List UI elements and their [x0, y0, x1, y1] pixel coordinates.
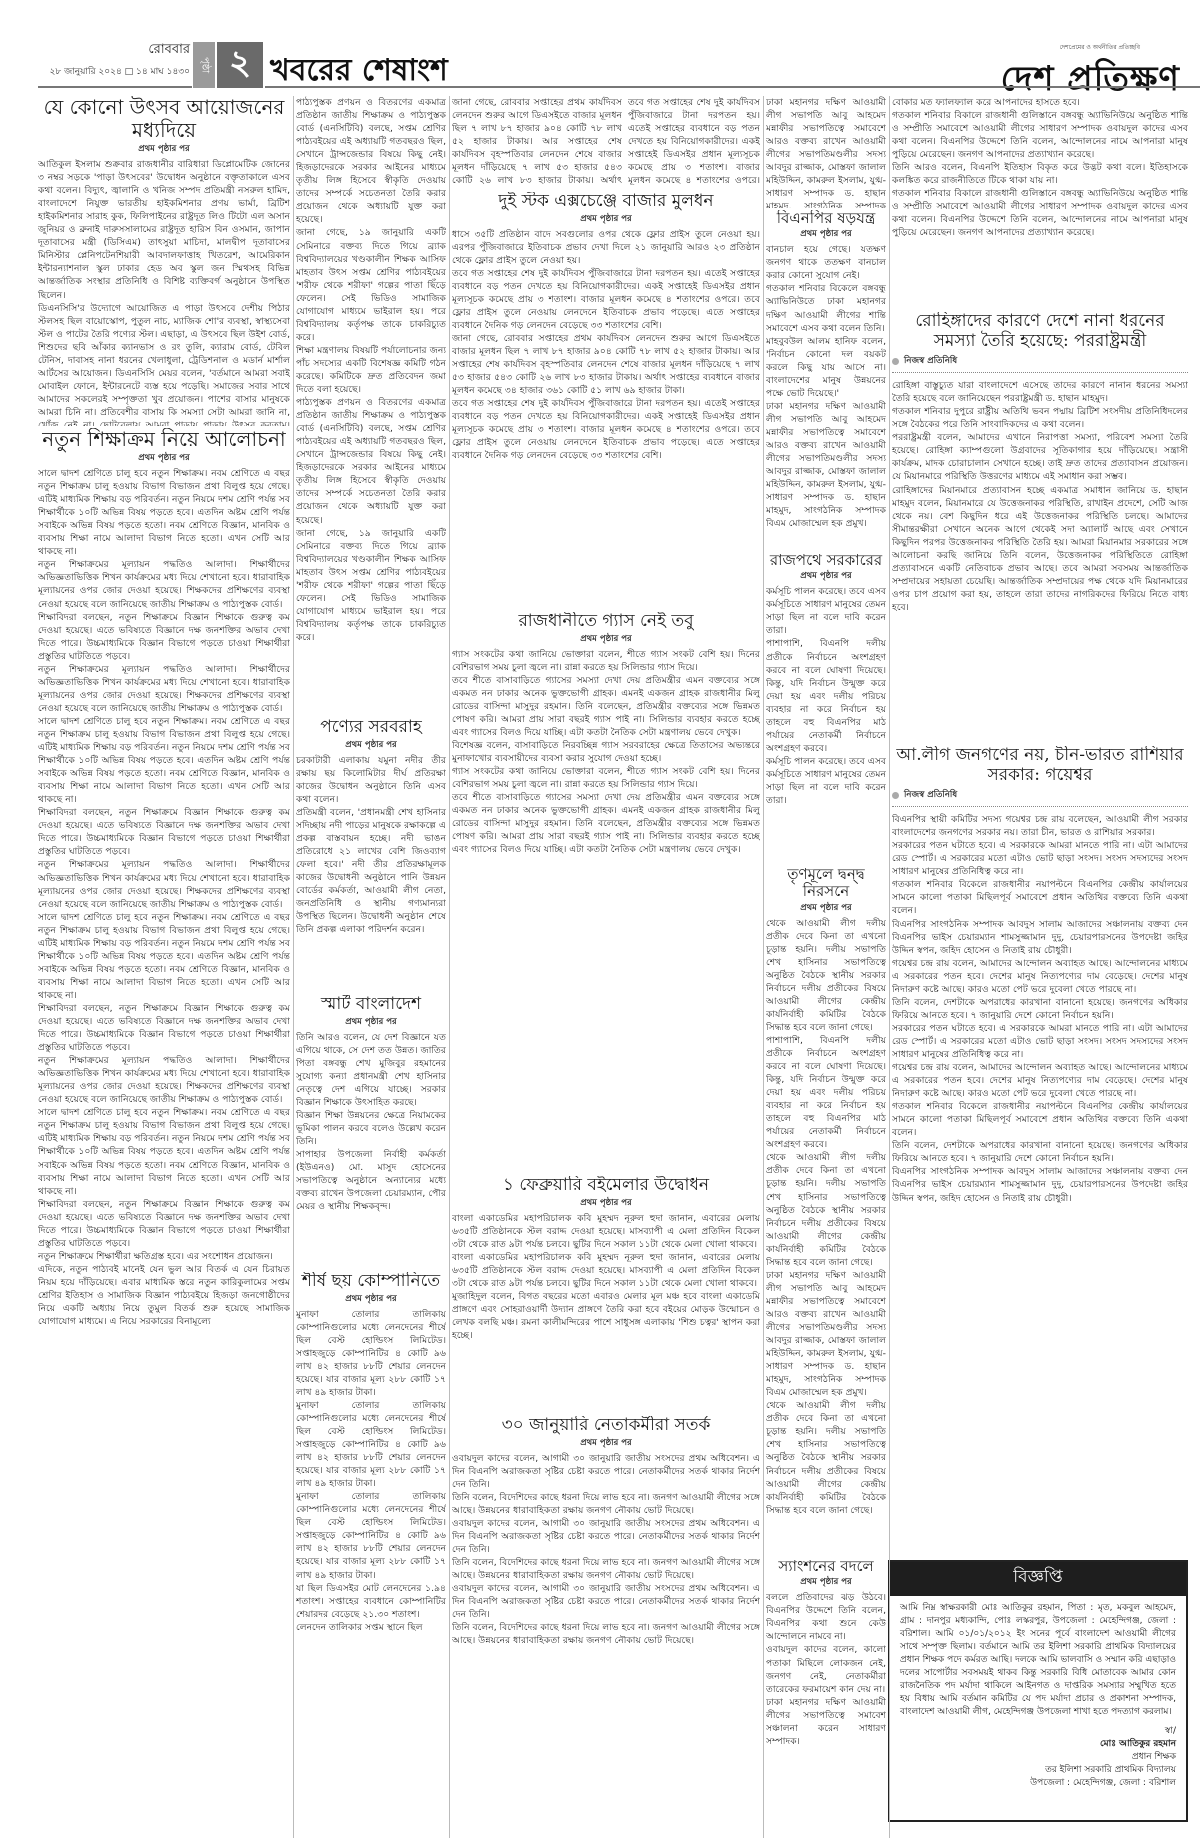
- article-paragraph: নতুন শিক্ষাক্রমের মূল্যায়ন পদ্ধতিও আলাদ…: [38, 1054, 290, 1106]
- article-paragraph: পাঠ্যপুস্তক প্রণয়ন ও বিতরণের একমাত্র প্…: [296, 96, 446, 226]
- continued-from-label: প্রথম পৃষ্ঠার পর: [766, 902, 886, 915]
- section-title: খবরের শেষাংশ: [270, 46, 448, 97]
- signatory-title: প্রধান শিক্ষক: [900, 1751, 1176, 1764]
- article-paragraph: বানচাল হয়ে গেছে। যতক্ষণ জনগণ থাকে ততক্ষ…: [766, 243, 886, 282]
- article-paragraph: গতকাল শনিবার বিকেলে রাজধানীর নয়াপল্টনে …: [892, 878, 1188, 917]
- article-stock-top-left: জানা গেছে, রোববার সপ্তাহের প্রথম কার্যদি…: [452, 96, 622, 188]
- article-paragraph: গতকাল শনিবার বিকেলে বঙ্গবন্ধু অ্যাভিনিউত…: [766, 282, 886, 334]
- article-gayeshwar: আ.লীগ জনগণের নয়, চীন-ভারত রাশিয়ার সরকা…: [892, 746, 1188, 1554]
- article-sanctions: স্যাংশনের বদলে প্রথম পৃষ্ঠার পর বললে প্র…: [766, 1558, 886, 1838]
- article-paragraph: শিক্ষা মন্ত্রণালয় বিষয়টি পর্যালোচনার জ…: [296, 344, 446, 396]
- article-headline: তৃণমূলে দ্বন্দ্ব নিরসনে: [766, 866, 886, 901]
- article-paragraph: তবে গত সপ্তাহের শেষ দুই কার্যদিবস পুঁজিব…: [452, 397, 760, 462]
- article-paragraph: ডিএনসিসি'র উদ্যোগে আয়োজিত এ পাড়া উৎসবে…: [38, 302, 290, 426]
- article-paragraph: নতুন শিক্ষাক্রমের মূল্যায়ন পদ্ধতিও আলাদ…: [38, 558, 290, 610]
- article-paragraph: সাপাহার উপজেলা নির্বাহী কর্মকর্তা (ইউএনও…: [296, 1148, 446, 1213]
- article-paragraph: সালে দ্বাদশ শ্রেণিতে চালু হবে নতুন শিক্ষ…: [38, 715, 290, 806]
- article-paragraph: তিনি আরও বলেন, বিএনপি ইতিহাস বিকৃত করে উ…: [892, 161, 1188, 187]
- article-headline: রাজপথে সরকারের: [766, 552, 886, 569]
- page-number: ২: [217, 42, 263, 88]
- continued-from-label: প্রথম পৃষ্ঠার পর: [38, 452, 290, 465]
- article-paragraph: যা ছিল ডিএসইর মোট লেনদেনের ১.৯৪ শতাংশ। স…: [296, 1582, 446, 1621]
- article-paragraph: তিনি বলেন, দেশটাকে অপরাধের কারখানা বানান…: [892, 996, 1188, 1022]
- article-paragraph: ঢাকা মহানগর দক্ষিণ আওয়ামী লীগ সভাপতি আব…: [766, 1269, 886, 1399]
- article-paragraph: তবে গত সপ্তাহের শেষ দুই কার্যদিবস পুঁজিব…: [628, 96, 760, 188]
- continued-from-label: প্রথম পৃষ্ঠার পর: [452, 213, 760, 226]
- notice-title: বিজ্ঞপ্তি: [890, 1562, 1186, 1596]
- article-headline: স্যাংশনের বদলে: [766, 1558, 886, 1575]
- masthead: রোববার ২৮ জানুয়ারি ২০২৪ □ ১৪ মাঘ ১৪৩০ প…: [0, 0, 1200, 92]
- article-paragraph: শিক্ষাবিদরা বলছেন, নতুন শিক্ষাক্রমে বিজ্…: [38, 1198, 290, 1250]
- article-paragraph: তবে শীতে বাসাবাড়িতে গ্যাসের সমস্যা দেখা…: [452, 791, 760, 856]
- article-paragraph: গতকাল শনিবার বিকালে রাজধানী গুলিস্তানে ব…: [892, 187, 1188, 239]
- article-headline: রোহিঙ্গাদের কারণে দেশে নানা ধরনের সমস্যা…: [892, 312, 1188, 351]
- article-paragraph: বিজ্ঞান শিক্ষা উন্নয়নের ক্ষেত্রে নিয়াম…: [296, 1109, 446, 1148]
- bullet-icon: [892, 792, 899, 799]
- continued-from-label: প্রথম পৃষ্ঠার পর: [296, 1016, 446, 1029]
- article-paragraph: ঢাকা মহানগর দক্ষিণ আওয়ামী লীগের সভাপতিত…: [766, 1696, 886, 1748]
- article-paragraph: রোহিঙ্গাদের মিয়ানমারে প্রত্যাবাসন হচ্ছে…: [892, 484, 1188, 614]
- article-headline: আ.লীগ জনগণের নয়, চীন-ভারত রাশিয়ার সরকা…: [892, 746, 1188, 785]
- issue-date: ২৮ জানুয়ারি ২০২৪ □ ১৪ মাঘ ১৪৩০: [40, 64, 190, 79]
- article-paragraph: গ্যাস সংকটের কথা জানিয়ে ভোক্তারা বলেন, …: [452, 765, 760, 791]
- article-paragraph: সালে দ্বাদশ শ্রেণিতে চালু হবে নতুন শিক্ষ…: [38, 467, 290, 558]
- column-divider: [889, 96, 890, 1838]
- article-paragraph: সালে দ্বাদশ শ্রেণিতে চালু হবে নতুন শিক্ষ…: [38, 1106, 290, 1197]
- column-divider: [293, 96, 294, 1838]
- article-paragraph: কর্মসূচি পালন করেছে। তবে এসব কর্মসূচিতে …: [766, 585, 886, 637]
- article-padma-supply: পণ্যের সরবরাহ প্রথম পৃষ্ঠার পর চরকাটারী …: [296, 718, 446, 993]
- divider: [265, 86, 1200, 88]
- article-paragraph: মুনাফা তোলার তালিকায় কোম্পানিগুলোর মধ্য…: [296, 1308, 446, 1399]
- article-paragraph: তিনি বলেন, বিদেশিদের কাছে ধরনা দিয়ে লাভ…: [452, 1621, 760, 1647]
- article-paragraph: বাংলা একাডেমির মহাপরিচালক কবি মুহম্মদ নূ…: [452, 1212, 760, 1251]
- column-divider: [449, 96, 450, 1838]
- article-book-fair: ১ ফেব্রুয়ারি বইমেলার উদ্বোধন প্রথম পৃষ্…: [452, 1176, 760, 1411]
- article-headline: রাজধানীতে গ্যাস নেই তবু: [452, 612, 760, 632]
- continued-from-label: প্রথম পৃষ্ঠার পর: [766, 570, 886, 583]
- article-stock-top-right: তবে গত সপ্তাহের শেষ দুই কার্যদিবস পুঁজিব…: [628, 96, 760, 188]
- article-paragraph: প্রতিমন্ত্রী বলেন, 'প্রধানমন্ত্রী শেখ হা…: [296, 806, 446, 936]
- continued-from-label: প্রথম পৃষ্ঠার পর: [38, 143, 290, 156]
- bullet-icon: [892, 358, 899, 365]
- article-headline: নতুন শিক্ষাক্রম নিয়ে আলোচনা: [38, 428, 290, 451]
- issue-date-block: রোববার ২৮ জানুয়ারি ২০২৪ □ ১৪ মাঘ ১৪৩০: [40, 40, 190, 79]
- article-paragraph: মুনাফা তোলার তালিকায় কোম্পানিগুলোর মধ্য…: [296, 1490, 446, 1581]
- article-paragraph: জানা গেছে, রোববার সপ্তাহের প্রথম কার্যদি…: [452, 96, 622, 188]
- article-leaders-alert: ৩০ জানুয়ারি নেতাকর্মীরা সতর্ক প্রথম পৃষ…: [452, 1416, 760, 1838]
- article-paragraph: গতকাল শনিবার বিকেলে রাজধানীর নয়াপল্টনে …: [892, 1100, 1188, 1139]
- article-paragraph: বিশেষজ্ঞ বলেন, বাসাবাড়িতে নিরবচ্ছিন্ন গ…: [452, 739, 760, 765]
- notice-body: আমি নিম্ন স্বাক্ষরকারী মোঃ আতিকুর রহমান,…: [890, 1596, 1186, 1725]
- divider: [38, 86, 192, 88]
- byline-text: নিজস্ব প্রতিনিধি: [904, 355, 957, 368]
- article-paragraph: তিনি আরও বলেন, যে দেশ বিজ্ঞানে যত এগিয়ে…: [296, 1031, 446, 1109]
- article-paragraph: পাশাপাশি, বিএনপি দলীয় প্রতীকে নির্বাচনে…: [766, 1034, 886, 1151]
- article-paragraph: শিক্ষাবিদরা বলছেন, নতুন শিক্ষাক্রমে বিজ্…: [38, 806, 290, 858]
- article-paragraph: তবে শীতে বাসাবাড়িতে গ্যাসের সমস্যা দেখা…: [452, 674, 760, 739]
- article-paragraph: রোহিঙ্গা বাস্তুচ্যুত যারা বাংলাদেশে এসেছ…: [892, 379, 1188, 405]
- continued-from-label: প্রথম পৃষ্ঠার পর: [452, 1437, 760, 1450]
- article-paragraph: পাঠ্যপুস্তক প্রণয়ন ও বিতরণের একমাত্র প্…: [296, 396, 446, 526]
- article-paragraph: নতুন শিক্ষাক্রমে শিক্ষার্থীরা ক্ষতিগ্রস্…: [38, 1250, 290, 1263]
- article-paragraph: থেকে আওয়ামী লীগ দলীয় প্রতীক দেবে কিনা …: [766, 1399, 886, 1516]
- article-paragraph: তিনি বলেন, বিদেশিদের কাছে ধরনা দিয়ে লাভ…: [452, 1556, 760, 1582]
- article-paragraph: ঢাকা মহানগর দক্ষিণ আওয়ামী লীগ সভাপতি আব…: [766, 400, 886, 530]
- article-para-utsab: যে কোনো উৎসব আয়োজনের মধ্যদিয়ে প্রথম পৃ…: [38, 96, 290, 426]
- signatory-school: তর ইলিশা সরকারি প্রাথমিক বিদ্যালয়: [900, 1764, 1176, 1777]
- article-obaidul-quader: বোকার মত ফ্যালফ্যাল করে আপনাদের হাসতে হব…: [892, 96, 1188, 310]
- continued-from-label: প্রথম পৃষ্ঠার পর: [296, 1293, 446, 1306]
- article-paragraph: মুনাফা তোলার তালিকায় কোম্পানিগুলোর মধ্য…: [296, 1399, 446, 1490]
- article-paragraph: তিনি বলেন, দেশটাকে অপরাধের কারখানা বানান…: [892, 1139, 1188, 1165]
- article-paragraph: ওবায়দুল কাদের বলেন, আগামী ৩০ জানুয়ারি …: [452, 1582, 760, 1621]
- article-rohingya: রোহিঙ্গাদের কারণে দেশে নানা ধরনের সমস্যা…: [892, 312, 1188, 742]
- article-paragraph: বোকার মত ফ্যালফ্যাল করে আপনাদের হাসতে হব…: [892, 96, 1188, 109]
- article-paragraph: গতকাল শনিবার বিকালে রাজধানী গুলিস্তানে ব…: [892, 109, 1188, 161]
- article-headline: শীর্ষ ছয় কোম্পানিতে: [296, 1272, 446, 1292]
- article-paragraph: বিএনপির সাংগঠনিক সম্পাদক আবদুস সালাম আজা…: [892, 918, 1188, 957]
- column-divider: [763, 96, 764, 1838]
- article-paragraph: বাংলা একাডেমির মহাপরিচালক কবি মুহম্মদ নূ…: [452, 1251, 760, 1290]
- byline: নিজস্ব প্রতিনিধি: [892, 355, 1188, 368]
- article-paragraph: তিনি বলেন, বিদেশিদের কাছে ধরনা দিয়ে লাভ…: [452, 1491, 760, 1517]
- continued-from-label: প্রথম পৃষ্ঠার পর: [452, 633, 760, 646]
- article-grassroots-conflict: তৃণমূলে দ্বন্দ্ব নিরসনে প্রথম পৃষ্ঠার পর…: [766, 866, 886, 1556]
- article-textbook: পাঠ্যপুস্তক প্রণয়ন ও বিতরণের একমাত্র প্…: [296, 96, 446, 716]
- divider: [892, 372, 1188, 373]
- article-paragraph: মুজাহিদুল বলেন, বিগত বছরের মতো এবারও মেল…: [452, 1290, 760, 1342]
- article-paragraph: থেকে আওয়ামী লীগ দলীয় প্রতীক দেবে কিনা …: [766, 1151, 886, 1268]
- article-new-curriculum: নতুন শিক্ষাক্রম নিয়ে আলোচনা প্রথম পৃষ্ঠ…: [38, 428, 290, 1838]
- article-paragraph: সরকারের পতন ঘটাতে হবে। এ সরকারকে আমরা মা…: [892, 1022, 1188, 1061]
- article-stock-market: দুই স্টক এক্সচেঞ্জে বাজার মুলধন প্রথম পৃ…: [452, 192, 760, 607]
- article-headline: ৩০ জানুয়ারি নেতাকর্মীরা সতর্ক: [452, 1416, 760, 1436]
- article-top-six-companies: শীর্ষ ছয় কোম্পানিতে প্রথম পৃষ্ঠার পর মু…: [296, 1272, 446, 1837]
- article-paragraph: ধাসে ৩৫টি প্রতিষ্ঠান বাদে সবগুলোর ওপর থে…: [452, 228, 760, 267]
- issue-day: রোববার: [40, 40, 190, 61]
- divider: [892, 806, 1188, 807]
- article-bnp-conspiracy: বিএনপির ষড়যন্ত্র প্রথম পৃষ্ঠার পর বানচা…: [766, 210, 886, 550]
- article-paragraph: এদিকে, নতুন পাঠ্যবই মানেই যেন ভুল আর বিত…: [38, 1263, 290, 1328]
- article-paragraph: পাশাপাশি, বিএনপি দলীয় প্রতীকে নির্বাচনে…: [766, 637, 886, 754]
- article-paragraph: আতিকুল ইসলাম শুক্রবার রাজধানীর বারিধারা …: [38, 158, 290, 302]
- article-headline: স্মার্ট বাংলাদেশ: [296, 995, 446, 1015]
- notice-signature: স্বা/ মোঃ আতিকুর রহমান প্রধান শিক্ষক তর …: [890, 1725, 1186, 1790]
- continued-from-label: প্রথম পৃষ্ঠার পর: [766, 228, 886, 241]
- byline: নিজস্ব প্রতিনিধি: [892, 789, 1188, 802]
- article-paragraph: জানা গেছে, ১৯ জানুয়ারি একটি সেমিনারে বক…: [296, 527, 446, 644]
- article-paragraph: চরকাটারী এলাকায় যমুনা নদীর তীর রক্ষায় …: [296, 754, 446, 806]
- article-paragraph: নতুন শিক্ষাক্রমের মূল্যায়ন পদ্ধতিও আলাদ…: [38, 858, 290, 910]
- article-paragraph: শিক্ষাবিদরা বলছেন, নতুন শিক্ষাক্রমে বিজ্…: [38, 611, 290, 663]
- article-smart-bangladesh: স্মার্ট বাংলাদেশ প্রথম পৃষ্ঠার পর তিনি আ…: [296, 995, 446, 1270]
- article-paragraph: ওবায়দুল কাদের বলেন, কালো পতাকা মিছিলে ল…: [766, 1643, 886, 1695]
- article-paragraph: থেকে আওয়ামী লীগ দলীয় প্রতীক দেবে কিনা …: [766, 917, 886, 1034]
- notice-box: বিজ্ঞপ্তি আমি নিম্ন স্বাক্ষরকারী মোঃ আতি…: [888, 1560, 1188, 1822]
- article-paragraph: গতকাল শনিবার দুপুরে রাষ্ট্রীয় অতিথি ভবন…: [892, 405, 1188, 431]
- article-col5-top: ঢাকা মহানগর দক্ষিণ আওয়ামী লীগ সভাপতি আব…: [766, 96, 886, 208]
- article-paragraph: মাহবুবউল আলম হানিফ বলেন, 'নির্বাচন কোনো …: [766, 335, 886, 400]
- article-paragraph: ঢাকা মহানগর দক্ষিণ আওয়ামী লীগ সভাপতি আব…: [766, 96, 886, 208]
- article-headline: দুই স্টক এক্সচেঞ্জে বাজার মুলধন: [452, 192, 760, 212]
- article-paragraph: ওবায়দুল কাদের বলেন, আগামী ৩০ জানুয়ারি …: [452, 1452, 760, 1491]
- article-paragraph: শিক্ষাবিদরা বলছেন, নতুন শিক্ষাক্রমে বিজ্…: [38, 1002, 290, 1054]
- article-govt-path: রাজপথে সরকারের প্রথম পৃষ্ঠার পর কর্মসূচি…: [766, 552, 886, 862]
- article-headline: যে কোনো উৎসব আয়োজনের মধ্যদিয়ে: [38, 96, 290, 142]
- newspaper-tagline: দেশপ্রেমের ও অর্থনীতির প্রতিচ্ছবি: [1001, 42, 1140, 53]
- article-paragraph: সরকারের পতন ঘটাতে হবে। এ সরকারকে আমরা মা…: [892, 839, 1188, 878]
- article-paragraph: জানা গেছে, রোববার সপ্তাহের প্রথম কার্যদি…: [452, 332, 760, 397]
- continued-from-label: প্রথম পৃষ্ঠার পর: [452, 1197, 760, 1210]
- article-paragraph: লেনদেন তালিকার সপ্তম স্থানে ছিল: [296, 1621, 446, 1634]
- article-paragraph: জানা গেছে, ১৯ জানুয়ারি একটি সেমিনারে বক…: [296, 226, 446, 343]
- article-headline: বিএনপির ষড়যন্ত্র: [766, 210, 886, 227]
- article-paragraph: বিএনপির স্থায়ী কমিটির সদস্য গয়েশ্বর চন…: [892, 813, 1188, 839]
- signatory-name: মোঃ আতিকুর রহমান: [900, 1738, 1176, 1751]
- article-headline: পণ্যের সরবরাহ: [296, 718, 446, 738]
- signature-mark: স্বা/: [900, 1725, 1176, 1738]
- article-paragraph: গয়েশ্বর চন্দ্র রায় বলেন, আমাদের আন্দোল…: [892, 1061, 1188, 1100]
- continued-from-label: প্রথম পৃষ্ঠার পর: [766, 1576, 886, 1589]
- page-label: পৃষ্ঠা: [193, 42, 215, 88]
- article-paragraph: সালে দ্বাদশ শ্রেণিতে চালু হবে নতুন শিক্ষ…: [38, 911, 290, 1002]
- signatory-address: উপজেলা : মেহেন্দিগঞ্জ, জেলা : বরিশাল: [900, 1777, 1176, 1790]
- article-paragraph: গ্যাস সংকটের কথা জানিয়ে ভোক্তারা বলেন, …: [452, 648, 760, 674]
- byline-text: নিজস্ব প্রতিনিধি: [904, 789, 957, 802]
- article-paragraph: গয়েশ্বর চন্দ্র রায় বলেন, আমাদের আন্দোল…: [892, 957, 1188, 996]
- article-paragraph: বললে প্রতিবাদের ঝড় উঠবে। বিএনপির উদ্দেশ…: [766, 1591, 886, 1643]
- article-paragraph: কর্মসূচি পালন করেছে। তবে এসব কর্মসূচিতে …: [766, 755, 886, 807]
- article-paragraph: ওবায়দুল কাদের বলেন, আগামী ৩০ জানুয়ারি …: [452, 1517, 760, 1556]
- continued-from-label: প্রথম পৃষ্ঠার পর: [296, 739, 446, 752]
- article-paragraph: নতুন শিক্ষাক্রমের মূল্যায়ন পদ্ধতিও আলাদ…: [38, 663, 290, 715]
- article-paragraph: তবে গত সপ্তাহের শেষ দুই কার্যদিবস পুঁজিব…: [452, 267, 760, 332]
- article-headline: ১ ফেব্রুয়ারি বইমেলার উদ্বোধন: [452, 1176, 760, 1196]
- article-paragraph: বিএনপির সাংগঠনিক সম্পাদক আবদুস সালাম আজা…: [892, 1165, 1188, 1204]
- article-gas-crisis: রাজধানীতে গ্যাস নেই তবু প্রথম পৃষ্ঠার পর…: [452, 612, 760, 1172]
- article-paragraph: পররাষ্ট্রমন্ত্রী বলেন, আমাদের এখানে নিরা…: [892, 431, 1188, 483]
